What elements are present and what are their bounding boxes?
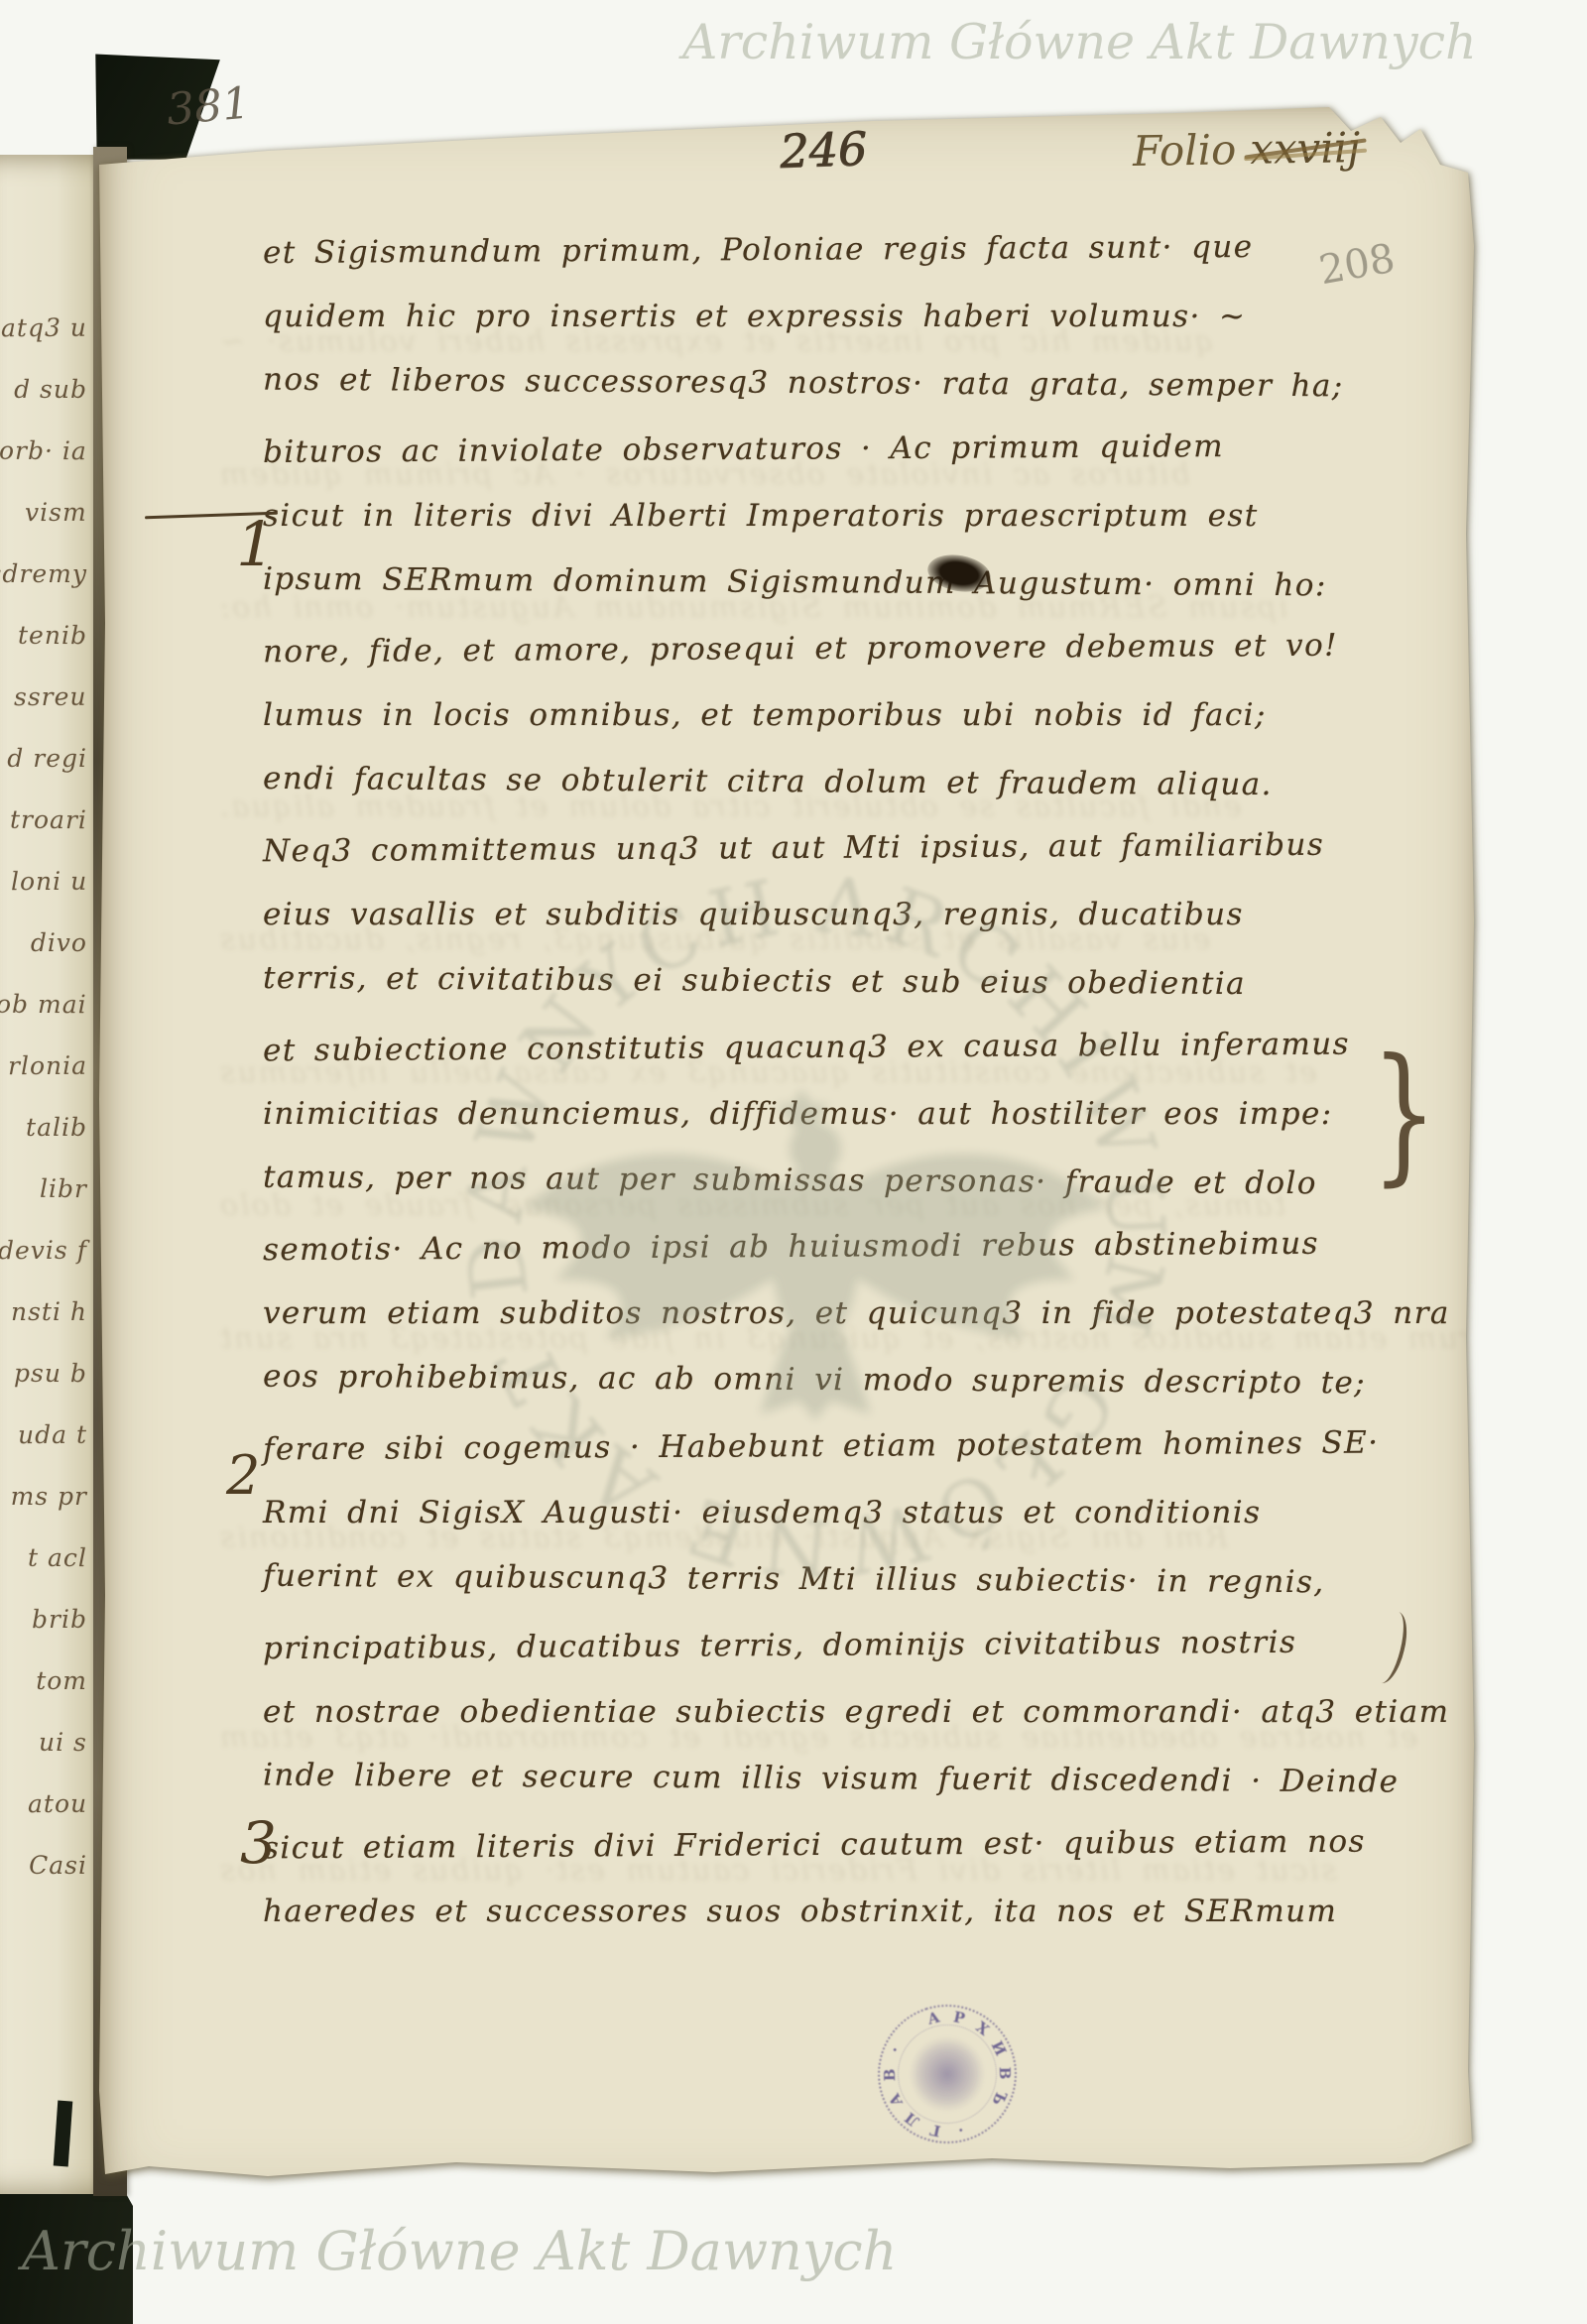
archive-eagle-watermark: ARCHIWUM GŁÓWNE AKT DAWNYCH bbox=[438, 849, 1192, 1603]
manuscript-line: inde libere et secure cum illis visum fu… bbox=[263, 1756, 1400, 1802]
manuscript-line: et nostrae obedientiae subiectis egredi … bbox=[263, 1692, 1449, 1732]
old-page-number: 381 bbox=[165, 77, 252, 135]
manuscript-line: bituros ac inviolate observaturos · Ac p… bbox=[263, 427, 1224, 472]
facing-page-text-fragment: d sub bbox=[14, 377, 87, 402]
facing-page-text-fragment: divo bbox=[31, 930, 87, 955]
manuscript-page-wrap: quidem hic pro insertis et expressis hab… bbox=[0, 0, 1587, 2324]
manuscript-line: nore, fide, et amore, prosequi et promov… bbox=[263, 626, 1338, 673]
facing-page-text-fragment: rlonia bbox=[8, 1053, 87, 1078]
manuscript-line: ipsum SERmum dominum Sigismundum Augustu… bbox=[263, 559, 1327, 606]
facing-page-text-fragment: devis f bbox=[0, 1238, 87, 1264]
page-number: 246 bbox=[779, 121, 868, 178]
facing-page-text-fragment: nsti h bbox=[11, 1299, 87, 1324]
margin-brace: } bbox=[1371, 1028, 1437, 1200]
manuscript-line: principatibus, ducatibus terris, dominij… bbox=[263, 1623, 1296, 1668]
facing-page-text-fragment: brib bbox=[32, 1607, 87, 1632]
margin-number-2: 2 bbox=[226, 1444, 260, 1507]
facing-page-text-fragment: psu b bbox=[14, 1361, 87, 1386]
facing-page-text-fragment: d regi bbox=[7, 746, 87, 771]
facing-page-text-fragment: vism bbox=[25, 500, 87, 525]
facing-page-text-fragment: libr bbox=[40, 1176, 87, 1201]
facing-page-text-fragment: sdremy bbox=[0, 561, 87, 586]
facing-page-text-fragment: troari bbox=[10, 807, 87, 832]
folio-heading: Folioxxviij bbox=[1133, 123, 1361, 176]
facing-page-text-fragment: Casi bbox=[29, 1853, 87, 1878]
violet-archive-stamp: ГЛАВ· АРХИВЪ · bbox=[852, 1979, 1042, 2169]
facing-page-text-fragment: tenib bbox=[18, 623, 87, 648]
manuscript-line: nos et liberos successoresq3 nostros· ra… bbox=[263, 360, 1344, 407]
archive-watermark-top: Archiwum Główne Akt Dawnych bbox=[682, 14, 1477, 70]
manuscript-page: quidem hic pro insertis et expressis hab… bbox=[99, 107, 1480, 2202]
facing-page-text-fragment: atou bbox=[28, 1791, 87, 1816]
facing-page-text-fragment: uda t bbox=[18, 1422, 87, 1447]
facing-page-text-fragment: ms pr bbox=[11, 1484, 87, 1509]
scanned-manuscript-photo: atq3 ud suborb· iavismsdremytenibssreud … bbox=[0, 0, 1587, 2324]
stamp-ring-letter: В bbox=[996, 2067, 1014, 2080]
folio-label: Folio bbox=[1133, 125, 1237, 176]
eagle-silhouette bbox=[524, 1089, 1107, 1420]
facing-page-text-fragment: orb· ia bbox=[0, 438, 87, 464]
manuscript-line: et Sigismundum primum, Poloniae regis fa… bbox=[263, 227, 1254, 273]
manuscript-line: sicut in literis divi Alberti Imperatori… bbox=[263, 496, 1259, 536]
manuscript-line: quidem hic pro insertis et expressis hab… bbox=[263, 297, 1246, 336]
folio-number-crossed-out: xxviij bbox=[1250, 123, 1361, 174]
manuscript-line: sicut etiam literis divi Friderici cautu… bbox=[263, 1822, 1366, 1869]
facing-page-text-fragment: ob mai bbox=[0, 992, 87, 1018]
margin-number-3: 3 bbox=[240, 1809, 277, 1877]
manuscript-line: lumus in locis omnibus, et temporibus ub… bbox=[263, 695, 1267, 735]
facing-page-text-fragment: ssreu bbox=[14, 684, 87, 709]
pen-flourish bbox=[1366, 1608, 1412, 1686]
archive-watermark-bottom: Archiwum Główne Akt Dawnych bbox=[22, 2220, 897, 2282]
manuscript-line: endi facultas se obtulerit citra dolum e… bbox=[263, 759, 1273, 804]
manuscript-line: haeredes et successores suos obstrinxit,… bbox=[263, 1892, 1337, 1931]
facing-page-text-fragment: ui s bbox=[39, 1730, 87, 1755]
facing-page-text-fragment: t acl bbox=[28, 1545, 87, 1570]
facing-page-text-fragment: tom bbox=[36, 1668, 87, 1693]
stamp-ring-letter: В bbox=[881, 2068, 899, 2081]
facing-page-text-fragment: atq3 u bbox=[1, 315, 87, 341]
facing-page-text-fragment: loni u bbox=[11, 869, 87, 894]
margin-number-1: 1 bbox=[236, 508, 275, 580]
facing-page-text-fragment: talib bbox=[26, 1115, 87, 1140]
